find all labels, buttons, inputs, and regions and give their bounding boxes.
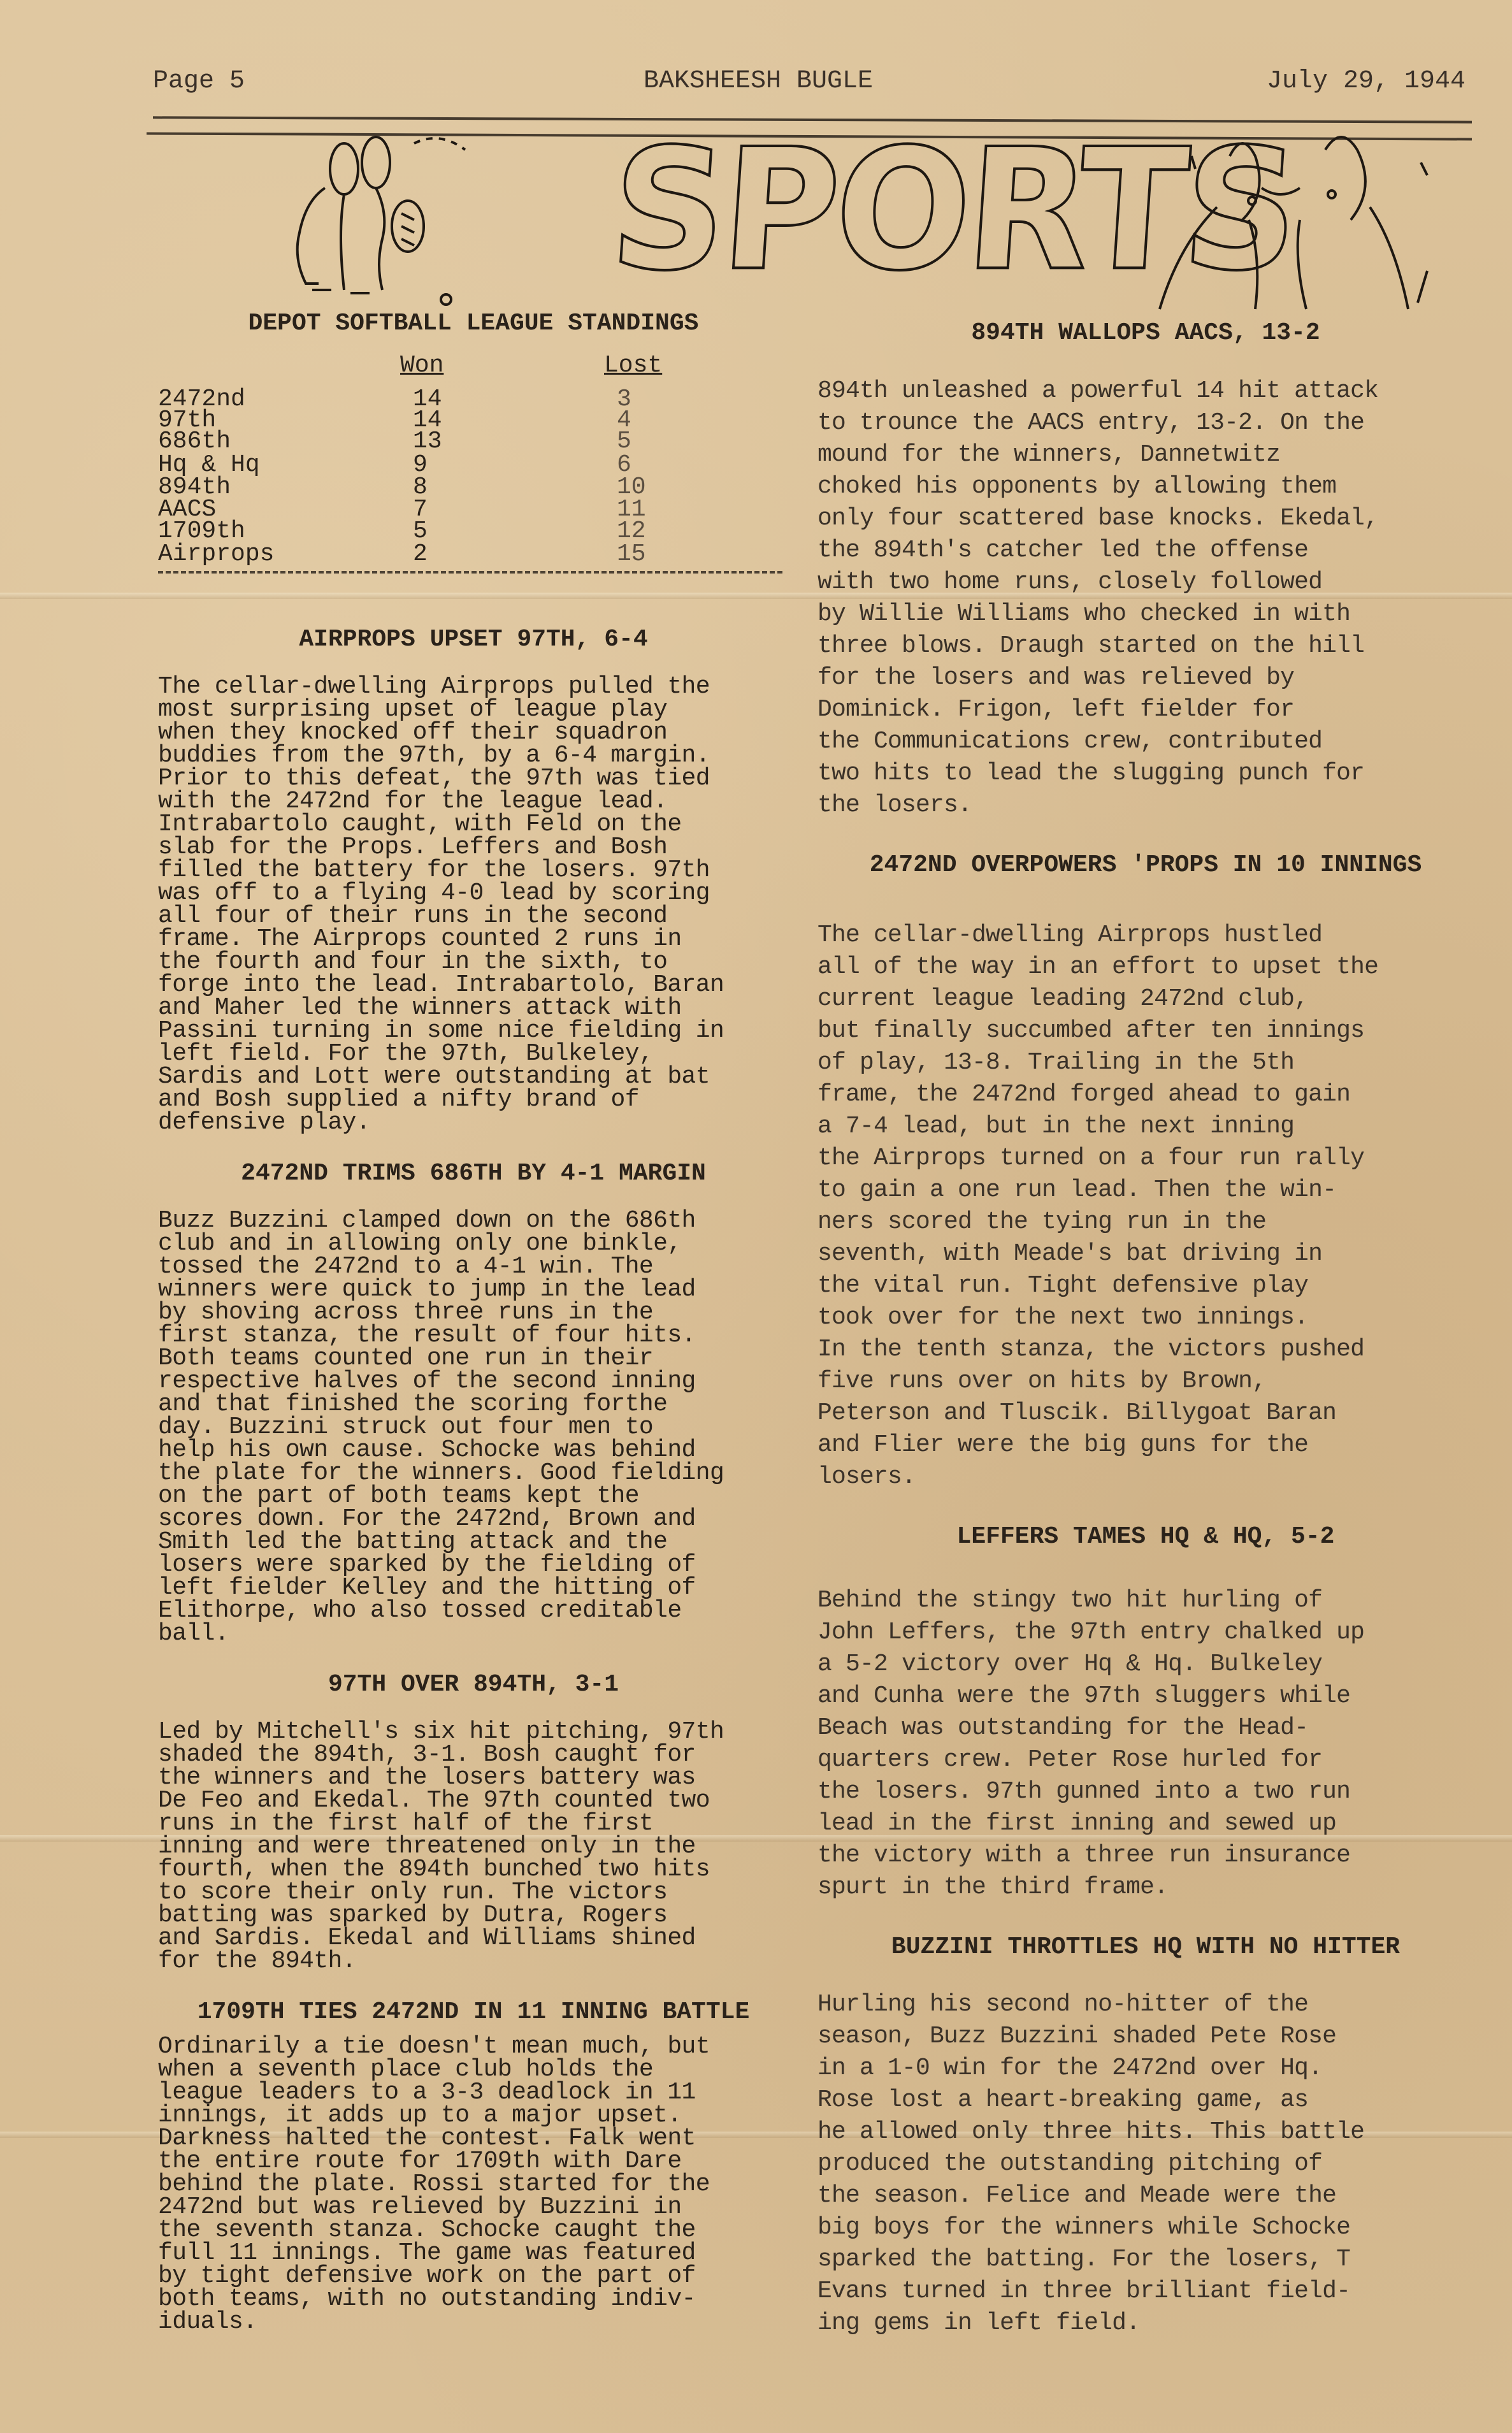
wins: 8 [413, 477, 428, 498]
article-headline: AIRPROPS UPSET 97TH, 6-4 [158, 628, 789, 651]
article-leffers-tames-hq: LEFFERS TAMES HQ & HQ, 5-2 Behind the st… [817, 1521, 1474, 1903]
umpire-catcher-cartoon-icon [1141, 131, 1446, 322]
article-body: Behind the stingy two hit hurling of Joh… [817, 1585, 1474, 1903]
standings-row: 686th 13 5 [158, 431, 731, 452]
standings-table: Won Lost 2472nd 14 3 97th 14 4 686th 13 … [158, 354, 789, 628]
baseball-players-cartoon-icon [248, 131, 478, 309]
column-header-won: Won [400, 354, 443, 377]
column-header-lost: Lost [604, 354, 662, 377]
sports-banner: SPORTS [248, 131, 1459, 309]
standings-row: 894th 8 10 [158, 477, 731, 498]
losses: 10 [617, 477, 646, 498]
wins: 13 [413, 431, 442, 452]
masthead: Page 5 BAKSHEESH BUGLE July 29, 1944 [153, 67, 1465, 105]
article-1709th-ties-2472nd: 1709TH TIES 2472ND IN 11 INNING BATTLE O… [158, 2001, 789, 2334]
article-airprops-upset: AIRPROPS UPSET 97TH, 6-4 The cellar-dwel… [158, 628, 789, 1134]
standings-title: DEPOT SOFTBALL LEAGUE STANDINGS [158, 312, 789, 335]
article-headline: LEFFERS TAMES HQ & HQ, 5-2 [817, 1521, 1474, 1553]
losses: 6 [617, 455, 631, 475]
standings-row: 97th 14 4 [158, 410, 731, 431]
article-body: Hurling his second no-hitter of the seas… [817, 1989, 1474, 2339]
article-body: Buzz Buzzini clamped down on the 686th c… [158, 1209, 789, 1645]
newspaper-page: Page 5 BAKSHEESH BUGLE July 29, 1944 SPO… [0, 0, 1512, 2433]
article-body: The cellar-dwelling Airprops hustled all… [817, 920, 1474, 1493]
wins: 9 [413, 455, 428, 475]
team-name: 1709th [158, 521, 245, 542]
article-894th-wallops-aacs: 894TH WALLOPS AACS, 13-2 894th unleashed… [817, 322, 1474, 821]
team-name: Airprops [158, 544, 274, 565]
article-headline: 1709TH TIES 2472ND IN 11 INNING BATTLE [158, 2001, 789, 2024]
article-body: Led by Mitchell's six hit pitching, 97th… [158, 1721, 789, 1973]
article-headline: 2472ND OVERPOWERS 'PROPS IN 10 INNINGS [817, 849, 1474, 881]
left-column: DEPOT SOFTBALL LEAGUE STANDINGS Won Lost… [158, 312, 789, 2362]
wins: 2 [413, 544, 428, 565]
losses: 15 [617, 544, 646, 565]
article-headline: BUZZINI THROTTLES HQ WITH NO HITTER [817, 1931, 1474, 1963]
team-name: 686th [158, 431, 231, 452]
issue-date: July 29, 1944 [1267, 67, 1465, 96]
team-name: Hq & Hq [158, 455, 260, 475]
article-headline: 2472ND TRIMS 686TH BY 4-1 MARGIN [158, 1162, 789, 1185]
standings-row: Airprops 2 15 [158, 544, 731, 565]
newspaper-title: BAKSHEESH BUGLE [644, 67, 873, 96]
team-name: 894th [158, 477, 231, 498]
losses: 12 [617, 521, 646, 542]
article-body: The cellar-dwelling Airprops pulled the … [158, 675, 789, 1134]
page-number: Page 5 [153, 67, 245, 96]
wins: 5 [413, 521, 428, 542]
article-2472nd-trims-686th: 2472ND TRIMS 686TH BY 4-1 MARGIN Buzz Bu… [158, 1162, 789, 1645]
article-body: 894th unleashed a powerful 14 hit attack… [817, 375, 1474, 821]
article-buzzini-no-hitter: BUZZINI THROTTLES HQ WITH NO HITTER Hurl… [817, 1931, 1474, 2339]
standings-row: Hq & Hq 9 6 [158, 455, 731, 475]
standings-row: 2472nd 14 3 [158, 389, 731, 410]
right-column: 894TH WALLOPS AACS, 13-2 894th unleashed… [817, 322, 1474, 2367]
article-headline: 894TH WALLOPS AACS, 13-2 [817, 322, 1474, 345]
article-body: Ordinarily a tie doesn't mean much, but … [158, 2035, 789, 2334]
losses: 5 [617, 431, 631, 452]
standings-divider [158, 571, 782, 574]
standings-row: 1709th 5 12 [158, 521, 731, 542]
article-headline: 97TH OVER 894TH, 3-1 [158, 1673, 789, 1696]
article-2472nd-overpowers-props: 2472ND OVERPOWERS 'PROPS IN 10 INNINGS T… [817, 849, 1474, 1493]
article-97th-over-894th: 97TH OVER 894TH, 3-1 Led by Mitchell's s… [158, 1673, 789, 1973]
